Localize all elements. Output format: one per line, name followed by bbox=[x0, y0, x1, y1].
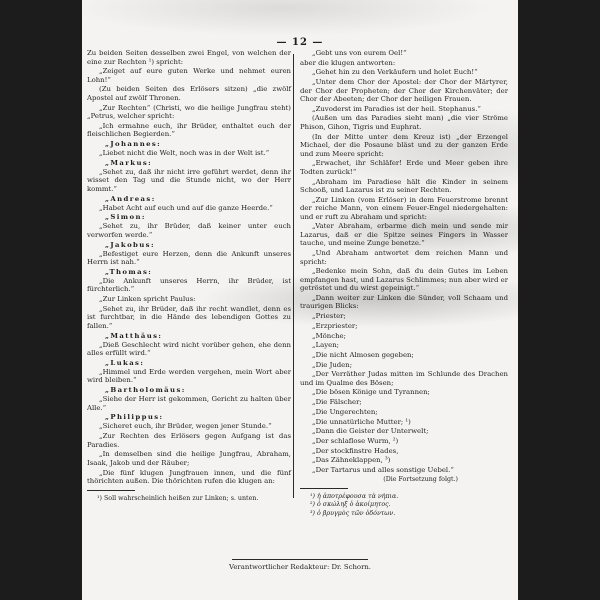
paragraph: „In demselben sind die heilige Jungfrau,… bbox=[87, 450, 291, 467]
page-number: — 12 — bbox=[82, 37, 518, 48]
paragraph: „Befestiget eure Herzen, denn die Ankunf… bbox=[87, 250, 291, 267]
paragraph: „Zur Linken (vom Erlöser) in dem Feuerst… bbox=[300, 196, 508, 222]
paragraph: „Dann weiter zur Linken die Sünder, voll… bbox=[300, 294, 508, 311]
paragraph: „Die nicht Almosen gegeben; bbox=[300, 351, 508, 360]
speaker-heading: „Johannes: bbox=[87, 140, 291, 149]
paragraph: „Liebet nicht die Welt, noch was in der … bbox=[87, 149, 291, 158]
continued-note: (Die Fortsetzung folgt.) bbox=[300, 476, 508, 485]
paragraph: „Himmel und Erde werden vergehen, mein W… bbox=[87, 368, 291, 385]
paragraph: Zu beiden Seiten desselben zwei Engel, v… bbox=[87, 49, 291, 66]
paragraph: „Gebt uns von eurem Oel!“ bbox=[300, 49, 508, 58]
paragraph: „Und Abraham antwortet dem reichen Mann … bbox=[300, 249, 508, 266]
paragraph: „Gehet hin zu den Verkäufern und holet E… bbox=[300, 68, 508, 77]
paragraph: „Priester; bbox=[300, 312, 508, 321]
paragraph: „Dieß Geschlecht wird nicht vorüber gehe… bbox=[87, 341, 291, 358]
paragraph: (Zu beiden Seiten des Erlösers sitzen) „… bbox=[87, 85, 291, 102]
paragraph: „Layen; bbox=[300, 341, 508, 350]
paragraph: „Die Ankunft unseres Herrn, ihr Brüder, … bbox=[87, 277, 291, 294]
paragraph: „Der stockfinstre Hades, bbox=[300, 447, 508, 456]
paragraph: „Habet Acht auf euch und auf die ganze H… bbox=[87, 204, 291, 213]
speaker-heading: „Lukas: bbox=[87, 359, 291, 368]
paragraph: „Abraham im Paradiese hält die Kinder in… bbox=[300, 178, 508, 195]
speaker-heading: „Bartholomäus: bbox=[87, 386, 291, 395]
paragraph: „Zuvoderst im Paradies ist der heil. Ste… bbox=[300, 105, 508, 114]
paragraph: „Zur Linken spricht Paulus: bbox=[87, 295, 291, 304]
left-column-paragraphs: Zu beiden Seiten desselben zwei Engel, v… bbox=[87, 49, 291, 486]
paragraph: „Der Tartarus und alles sonstige Uebel.“ bbox=[300, 466, 508, 475]
speaker-heading: „Thomas: bbox=[87, 268, 291, 277]
paragraph: „Unter dem Chor der Apostel: der Chor de… bbox=[300, 78, 508, 104]
paragraph: „Das Zähneklappen, ³) bbox=[300, 456, 508, 465]
paragraph: „Erwachet, ihr Schläfer! Erde und Meer g… bbox=[300, 159, 508, 176]
footnote: ³) ὁ βρυγμὸς τῶν ὀδόντων. bbox=[300, 510, 508, 518]
paragraph: „Dann die Geister der Unterwelt; bbox=[300, 427, 508, 436]
paragraph: „Sehet zu, ihr Brüder, daß ihr recht wan… bbox=[87, 305, 291, 331]
paragraph: aber die klugen antworten: bbox=[300, 59, 508, 68]
paragraph: „Die unnatürliche Mutter; ¹) bbox=[300, 418, 508, 427]
responsible-editor-line: Verantwortlicher Redakteur: Dr. Schorn. bbox=[82, 563, 518, 571]
paragraph: „Die fünf klugen Jungfrauen innen, und d… bbox=[87, 469, 291, 486]
paragraph: „Erzpriester; bbox=[300, 322, 508, 331]
paragraph: „Vater Abraham, erbarme dich mein und se… bbox=[300, 222, 508, 248]
paragraph: „Zur Rechten“ (Christi, wo die heilige J… bbox=[87, 104, 291, 121]
paragraph: „Der Verräther Judas mitten im Schlunde … bbox=[300, 370, 508, 387]
left-column: Zu beiden Seiten desselben zwei Engel, v… bbox=[87, 49, 291, 503]
paragraph: (In der Mitte unter dem Kreuz ist) „der … bbox=[300, 133, 508, 159]
speaker-heading: „Jakobus: bbox=[87, 241, 291, 250]
paragraph: „Mönche; bbox=[300, 332, 508, 341]
newspaper-page: — 12 — Zu beiden Seiten desselben zwei E… bbox=[82, 0, 518, 600]
paragraph: „Die Ungerechten; bbox=[300, 408, 508, 417]
speaker-heading: „Simon: bbox=[87, 213, 291, 222]
footnote: ²) ὁ σκώληξ ὁ ἀκοίμητος. bbox=[300, 501, 508, 509]
footnote: ¹) ἡ ἀποτρέφουσα τὰ νήπια. bbox=[300, 493, 508, 501]
paragraph: „Die bösen Könige und Tyrannen; bbox=[300, 388, 508, 397]
paragraph: „Die Fälscher; bbox=[300, 398, 508, 407]
left-column-footnotes: ¹) Soll wahrscheinlich heißen zur Linken… bbox=[87, 495, 291, 503]
paragraph: „Sicheret euch, ihr Brüder, wegen jener … bbox=[87, 422, 291, 431]
paragraph: „Bedenke mein Sohn, daß du dein Gutes im… bbox=[300, 267, 508, 293]
paragraph: „Die Juden; bbox=[300, 361, 508, 370]
footnote: ¹) Soll wahrscheinlich heißen zur Linken… bbox=[87, 495, 291, 503]
speaker-heading: „Markus: bbox=[87, 159, 291, 168]
bottom-rule bbox=[232, 559, 368, 560]
column-divider bbox=[293, 54, 294, 498]
paragraph: „Sehet zu, ihr Brüder, daß keiner unter … bbox=[87, 222, 291, 239]
paragraph: „Ich ermahne euch, ihr Brüder, enthaltet… bbox=[87, 122, 291, 139]
right-column-footnotes: ¹) ἡ ἀποτρέφουσα τὰ νήπια.²) ὁ σκώληξ ὁ … bbox=[300, 493, 508, 518]
paragraph: „Sehet zu, daß ihr nicht irre geführt we… bbox=[87, 168, 291, 194]
paragraph: „Der schlaflose Wurm, ²) bbox=[300, 437, 508, 446]
footnote-rule-left bbox=[87, 490, 135, 491]
speaker-heading: „Andreas: bbox=[87, 195, 291, 204]
paragraph: „Zur Rechten des Erlösers gegen Aufgang … bbox=[87, 432, 291, 449]
speaker-heading: „Philippus: bbox=[87, 413, 291, 422]
footnote-rule-right bbox=[300, 488, 348, 489]
speaker-heading: „Matthäus: bbox=[87, 332, 291, 341]
paragraph: „Zeiget auf eure guten Werke und nehmet … bbox=[87, 67, 291, 84]
paragraph: (Außen um das Paradies sieht man) „die v… bbox=[300, 114, 508, 131]
paragraph: „Siehe der Herr ist gekommen, Gericht zu… bbox=[87, 395, 291, 412]
right-column-paragraphs: „Gebt uns von eurem Oel!“aber die klugen… bbox=[300, 49, 508, 474]
right-column: „Gebt uns von eurem Oel!“aber die klugen… bbox=[300, 49, 508, 518]
